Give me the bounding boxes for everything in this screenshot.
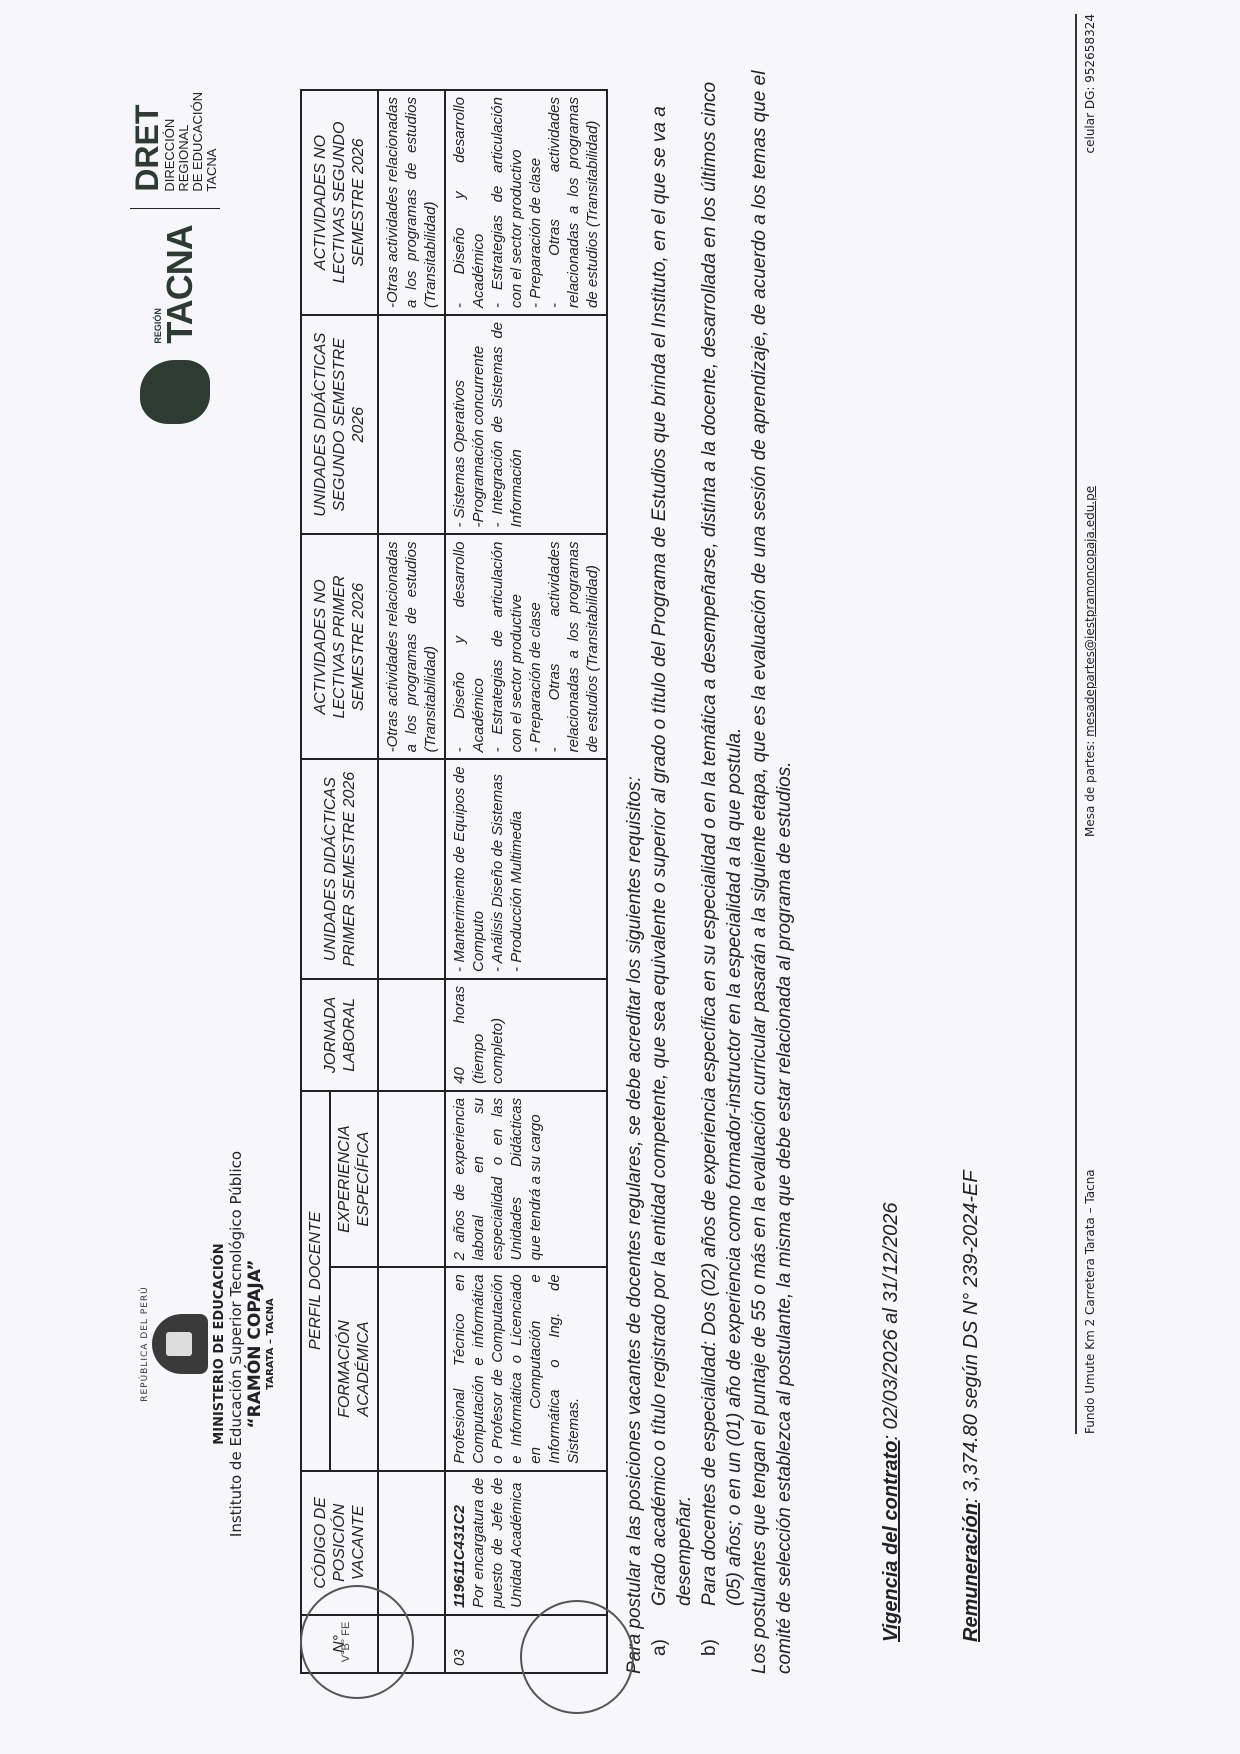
dret-line1: DIRECCIÓN REGIONAL xyxy=(163,74,191,192)
cell-anl1: - Diseño y desarrollo Académico- Estrate… xyxy=(445,535,607,760)
logo-divider xyxy=(130,208,220,210)
cell-jornada: 40 horas (tiempo completo) xyxy=(445,979,607,1091)
ministry-block: REPÚBLICA DEL PERÚ MINISTERIO DE EDUCACI… xyxy=(140,1114,276,1574)
col-ud2: UNIDADES DIDÁCTICAS SEGUNDO SEMESTRE 202… xyxy=(301,315,378,535)
region-logo: REGIÓN TACNA xyxy=(153,225,197,343)
region-logo-block: REGIÓN TACNA DRET DIRECCIÓN REGIONAL DE … xyxy=(130,74,220,424)
requirement-item: b) Para docentes de especialidad: Dos (0… xyxy=(697,54,747,1674)
coat-ring-text: REPÚBLICA DEL PERÚ xyxy=(140,1114,150,1574)
table-row-generic: -Otras actividades relacionadas a los pr… xyxy=(378,90,445,1673)
requirements-section: Para postular a las posiciones vacantes … xyxy=(622,54,797,1674)
list-item: - Preparación de clase xyxy=(526,97,545,308)
dret-logo: DRET DIRECCIÓN REGIONAL DE EDUCACIÓN TAC… xyxy=(131,74,219,192)
cell-ud2: - Sistemas Operativos-Programación concu… xyxy=(445,315,607,535)
col-jornada: JORNADA LABORAL xyxy=(301,979,378,1091)
dret-line2: DE EDUCACIÓN TACNA xyxy=(191,74,219,192)
requirement-item: a) Grado académico o título registrado p… xyxy=(647,54,697,1674)
tacna-map-icon xyxy=(140,360,210,424)
contract-validity: Vigencia del contrato: 02/03/2026 al 31/… xyxy=(880,1202,903,1642)
col-experiencia: EXPERIENCIA ESPECÍFICA xyxy=(330,1091,378,1267)
cell-anl1-generic: -Otras actividades relacionadas a los pr… xyxy=(378,535,445,760)
document-page: REPÚBLICA DEL PERÚ MINISTERIO DE EDUCACI… xyxy=(0,0,1240,1754)
cell-formacion: Profesional Técnico en Computación e inf… xyxy=(445,1267,607,1470)
footer-mesa: Mesa de partes: mesadepartes@iestpramonc… xyxy=(1083,486,1097,837)
col-formacion: FORMACIÓN ACADÉMICA xyxy=(330,1267,378,1470)
mesa-email-link[interactable]: mesadepartes@iestpramoncopaja.edu.pe xyxy=(1083,486,1097,737)
institute-name: “RAMÓN COPAJA” xyxy=(245,1114,265,1574)
remuneration: Remuneración: 3,374.80 según DS N° 239-2… xyxy=(960,1170,983,1642)
list-item: - Diseño y desarrollo Académico xyxy=(450,97,488,308)
ministry-name: MINISTERIO DE EDUCACIÓN xyxy=(212,1114,227,1574)
list-item: - Manterimiento de Equipos de Computo xyxy=(450,766,488,972)
requirements-intro: Para postular a las posiciones vacantes … xyxy=(622,54,647,1674)
list-item: - Producción Multimedia xyxy=(507,766,526,972)
institute-location: TARATA – TACNA xyxy=(265,1114,276,1574)
cell-anl2-generic: -Otras actividades relacionadas a los pr… xyxy=(378,90,445,315)
list-item: - Integración de Sistemas de Información xyxy=(488,322,526,528)
list-item: - Estrategias de articulación con el sec… xyxy=(488,97,526,308)
footer-address: Fundo Umute Km 2 Carretera Tarata – Tacn… xyxy=(1083,1169,1097,1434)
cell-ud1: - Manterimiento de Equipos de Computo- A… xyxy=(445,759,607,979)
region-name: TACNA xyxy=(163,225,197,343)
hr-stamp xyxy=(520,1600,634,1714)
list-item: - Otras actividades relacionadas a los p… xyxy=(545,542,602,753)
list-item: - Estrategias de articulación con el sec… xyxy=(488,542,526,753)
page-footer: Fundo Umute Km 2 Carretera Tarata – Tacn… xyxy=(1075,14,1097,1434)
col-perfil: PERFIL DOCENTE xyxy=(301,1091,330,1471)
list-item: - Sistemas Operativos xyxy=(450,322,469,528)
list-item: -Programación concurrente xyxy=(469,322,488,528)
table-row: 03 119611C431C2Por encargatura de puesto… xyxy=(445,90,607,1673)
col-ud1: UNIDADES DIDÁCTICAS PRIMER SEMESTRE 2026 xyxy=(301,759,378,979)
cell-anl2: - Diseño y desarrollo Académico- Estrate… xyxy=(445,90,607,315)
institute-type: Instituto de Educación Superior Tecnológ… xyxy=(227,1114,245,1574)
col-anl1: ACTIVIDADES NO LECTIVAS PRIMER SEMESTRE … xyxy=(301,535,378,760)
legal-stamp: V°B° FE xyxy=(300,1585,414,1699)
list-item: - Preparación de clase xyxy=(526,542,545,753)
list-item: - Análisis Diseño de Sistemas xyxy=(488,766,507,972)
cell-experiencia: 2 años de experiencia laboral en su espe… xyxy=(445,1091,607,1267)
dret-acronym: DRET xyxy=(131,74,163,192)
col-anl2: ACTIVIDADES NO LECTIVAS SEGUNDO SEMESTRE… xyxy=(301,90,378,315)
list-item: - Diseño y desarrollo Académico xyxy=(450,542,488,753)
coat-of-arms-icon xyxy=(152,1314,208,1374)
list-item: - Otras actividades relacionadas a los p… xyxy=(545,97,602,308)
cell-code: 119611C431C2Por encargatura de puesto de… xyxy=(445,1471,607,1615)
position-desc: Por encargatura de puesto de Jefe de Uni… xyxy=(469,1478,526,1608)
requirements-note: Los postulantes que tengan el puntaje de… xyxy=(747,54,797,1674)
footer-phone: celular DG: 952658324 xyxy=(1083,14,1097,153)
table-header-row: N° CÓDIGO DE POSICIÓN VACANTE PERFIL DOC… xyxy=(301,90,330,1673)
scanned-page: REPÚBLICA DEL PERÚ MINISTERIO DE EDUCACI… xyxy=(0,0,1240,1754)
position-code: 119611C431C2 xyxy=(450,1478,469,1608)
vacancy-table: N° CÓDIGO DE POSICIÓN VACANTE PERFIL DOC… xyxy=(300,89,608,1674)
